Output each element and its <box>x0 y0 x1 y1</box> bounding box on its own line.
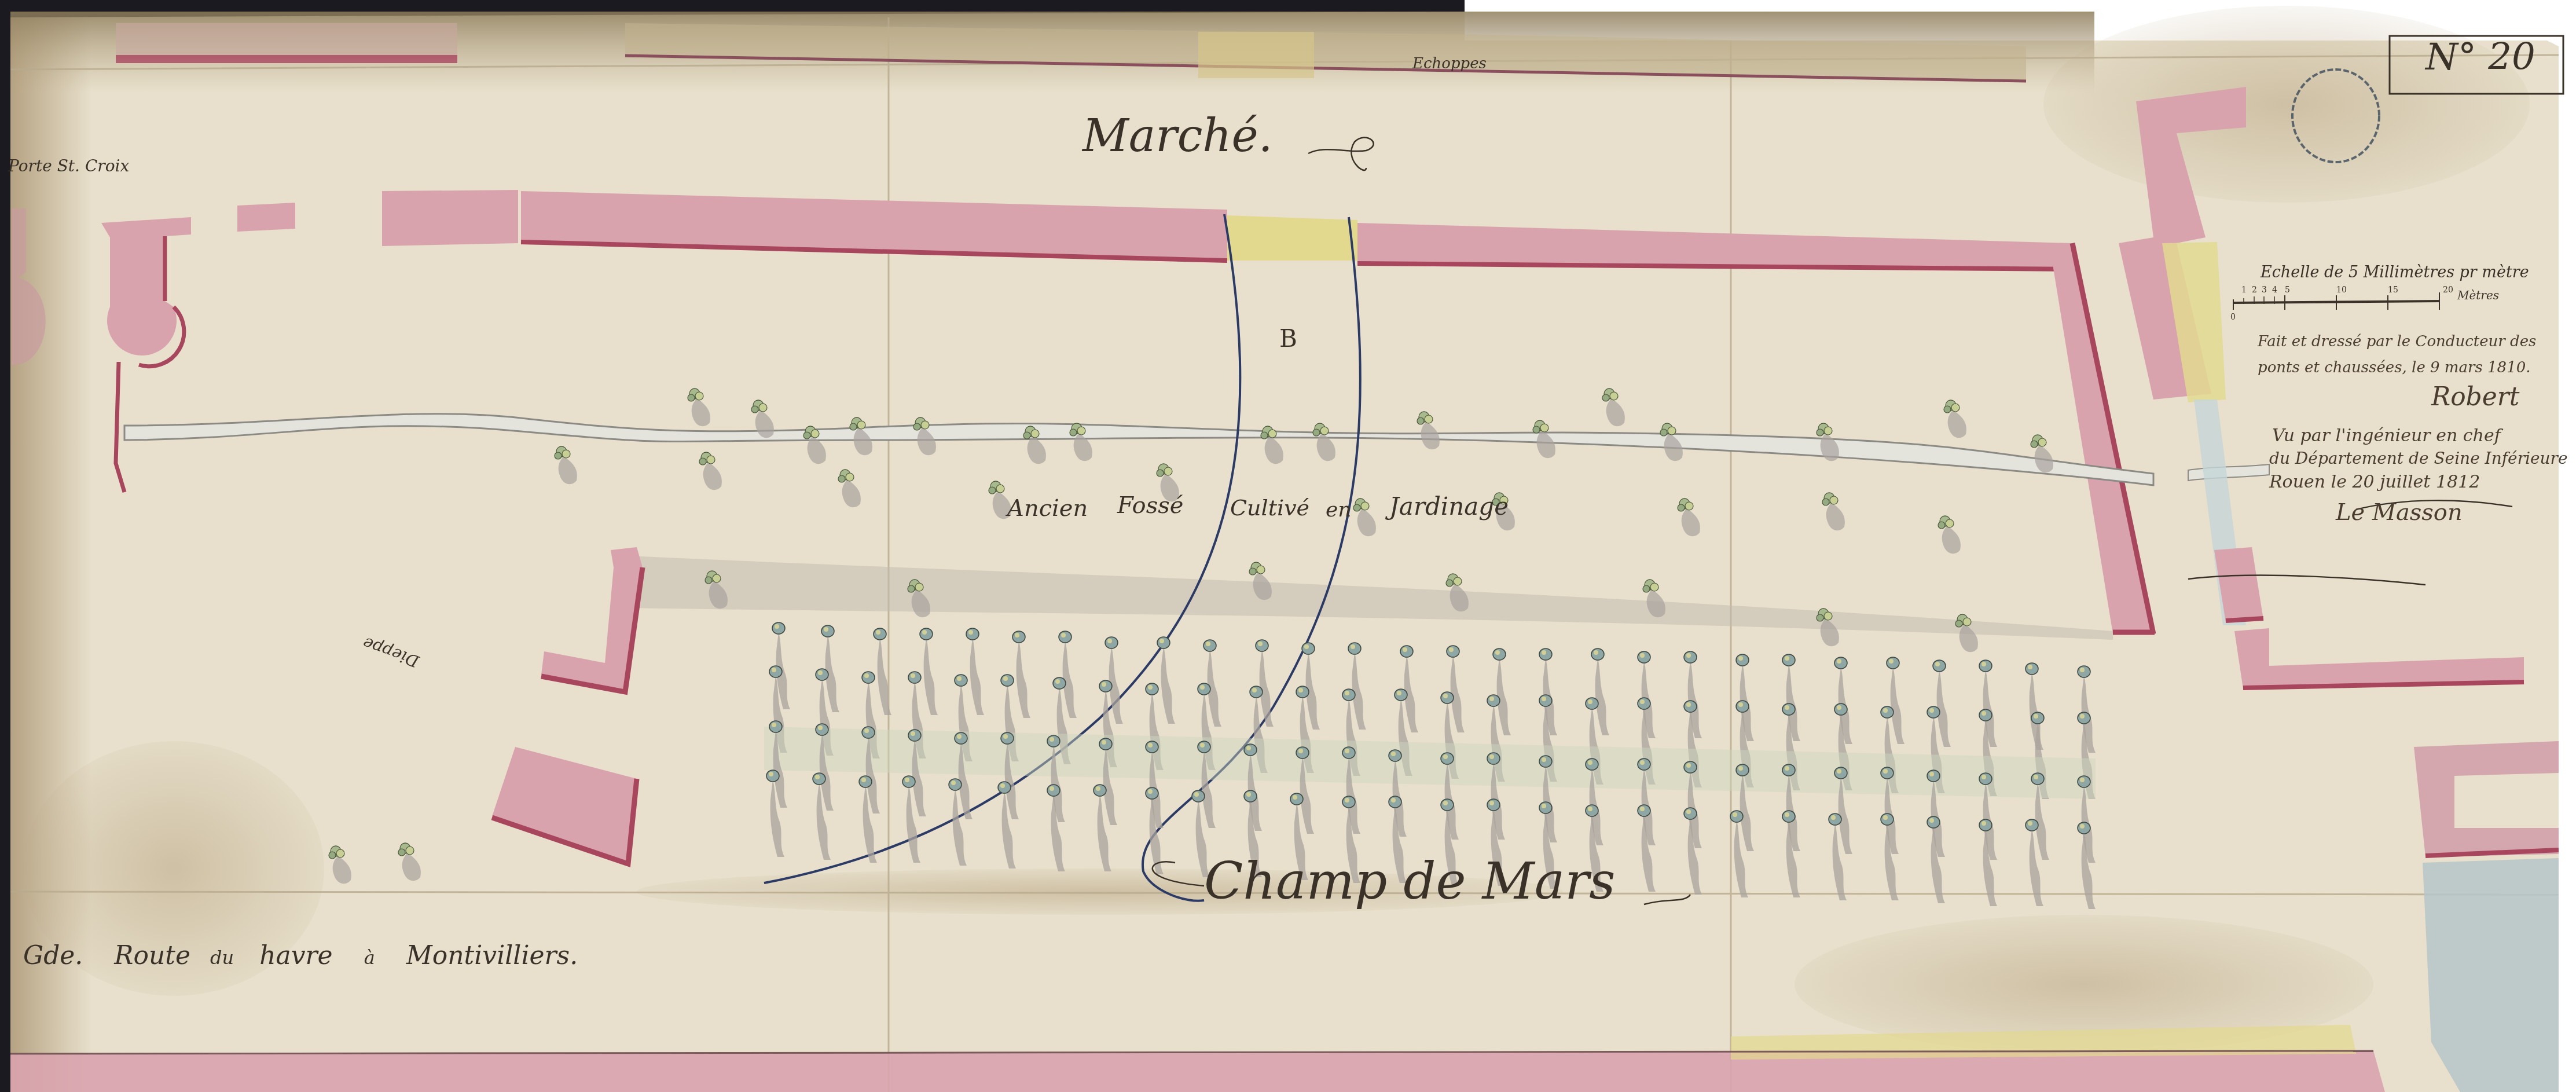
signature-le-masson: Le Masson <box>2336 499 2463 526</box>
seen-by-line-1: Vu par l'ingénieur en chef <box>2272 426 2501 446</box>
seen-by-line-2: du Département de Seine Inférieure <box>2269 449 2568 468</box>
label-fosse: Fossé <box>1117 492 1183 519</box>
route-a: à <box>364 947 375 969</box>
label-ancien: Ancien <box>1007 495 1088 522</box>
scale-tick-5: 5 <box>2285 285 2290 295</box>
scale-tick-15: 15 <box>2388 285 2398 295</box>
route-du: du <box>210 947 234 969</box>
scale-title: Echelle de 5 Millimètres pr mètre <box>2261 263 2529 281</box>
label-route: Gde. Route du havre à Montivilliers. <box>23 941 578 970</box>
label-cultive: Cultivé <box>1230 495 1309 521</box>
scale-tick-2: 2 <box>2252 285 2257 295</box>
made-by-line-2: ponts et chaussées, le 9 mars 1810. <box>2258 359 2530 376</box>
label-en: en <box>1326 498 1352 522</box>
scale-tick-4: 4 <box>2272 285 2277 295</box>
scale-tick-0: 0 <box>2230 313 2236 322</box>
route-route: Route <box>114 941 190 970</box>
scale-tick-10: 10 <box>2336 285 2347 295</box>
sheet-number: N° 20 <box>2425 36 2535 79</box>
route-montivilliers: Montivilliers. <box>406 941 578 970</box>
signature-robert: Robert <box>2431 382 2520 412</box>
scale-tick-1: 1 <box>2241 285 2247 295</box>
scale-unit: Mètres <box>2457 288 2499 302</box>
scale-tick-3: 3 <box>2262 285 2267 295</box>
route-gde: Gde. <box>23 941 83 970</box>
label-letter-b: B <box>1279 324 1297 353</box>
label-champ-de-mars: Champ de Mars <box>1204 851 1615 911</box>
historic-plan-map <box>0 0 2576 1092</box>
scale-tick-20: 20 <box>2443 285 2453 295</box>
label-marche: Marché. <box>1082 110 1273 162</box>
made-by-line-1: Fait et dressé par le Conducteur des <box>2258 333 2536 350</box>
label-porte-st-croix: Porte St. Croix <box>8 156 129 175</box>
label-jardinage: Jardinage <box>1389 492 1509 521</box>
route-havre: havre <box>259 941 333 970</box>
label-echoppes: Echoppes <box>1412 55 1487 72</box>
seen-by-line-3: Rouen le 20 juillet 1812 <box>2269 472 2480 492</box>
